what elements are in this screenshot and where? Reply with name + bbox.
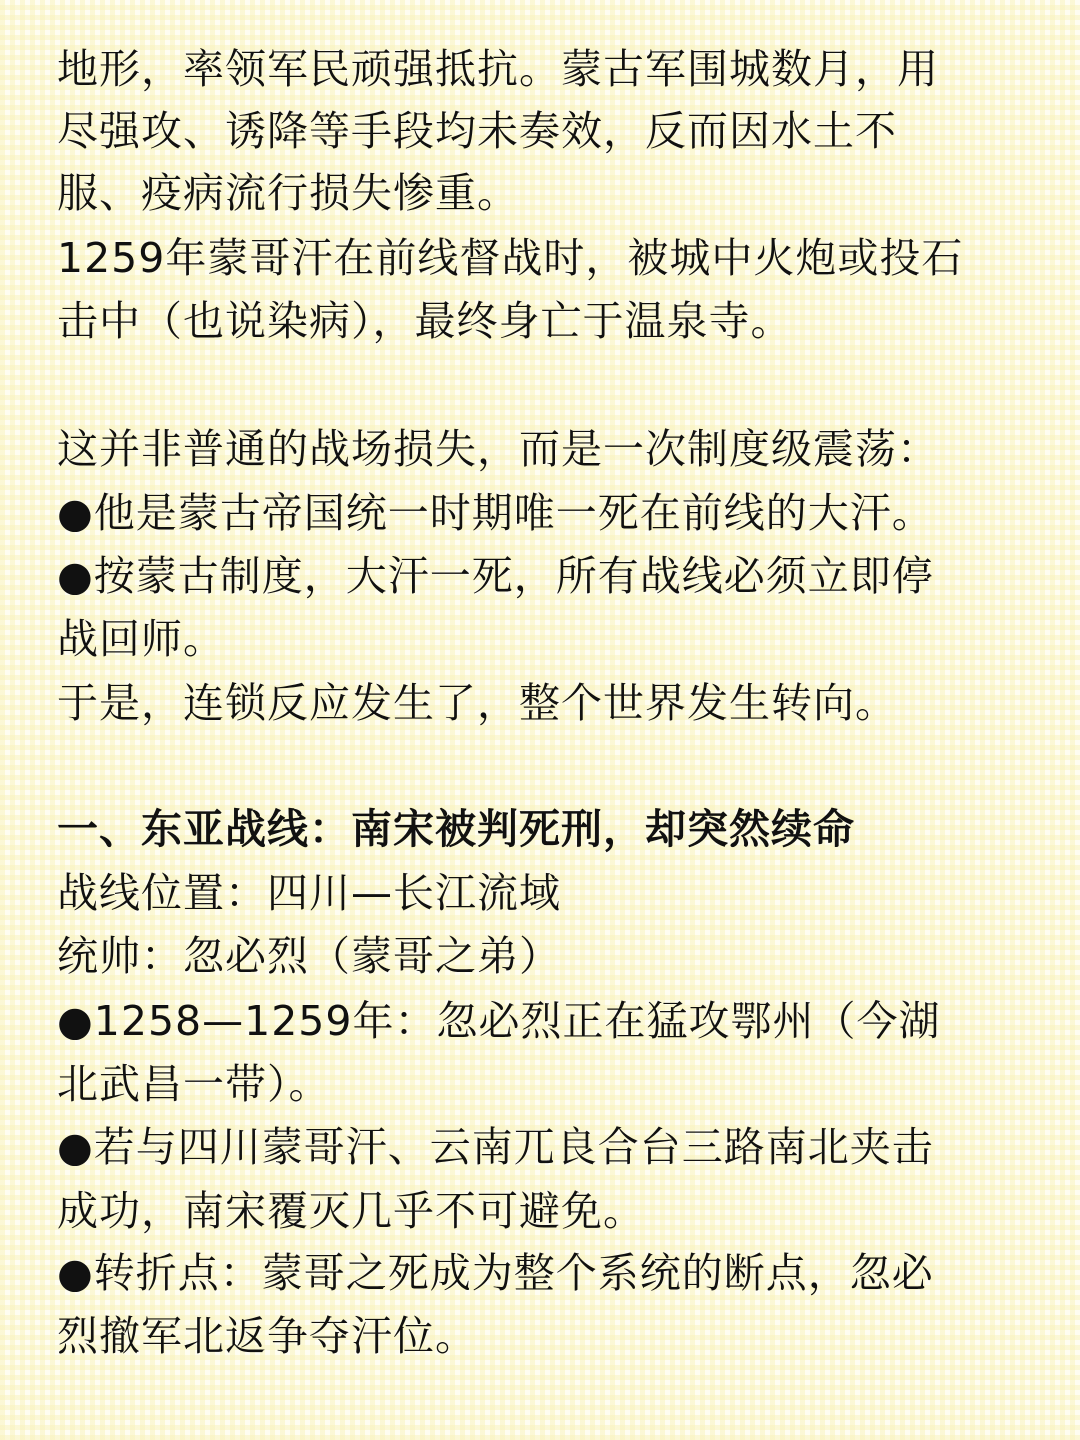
bullet-line-only-khan-died-at-front: ●他是蒙古帝国统一时期唯一死在前线的大汗。 (57, 488, 934, 538)
paragraph-line-chain-reaction: 于是，连锁反应发生了，整个世界发生转向。 (57, 678, 897, 728)
bullet-line-mongol-rule-withdraw: ●按蒙古制度，大汗一死，所有战线必须立即停 (57, 551, 934, 601)
paragraph-line-mongke-1259: 1259年蒙哥汗在前线督战时，被城中火炮或投石 (57, 233, 963, 283)
bullet-line-three-route-pincer-cont: 成功，南宋覆灭几乎不可避免。 (57, 1186, 645, 1236)
paragraph-line-siege-losses: 服、疫病流行损失惨重。 (57, 168, 519, 218)
bullet-line-three-route-pincer: ●若与四川蒙哥汗、云南兀良合台三路南北夹击 (57, 1122, 934, 1172)
section-heading-east-asia-front: 一、东亚战线：南宋被判死刑，却突然续命 (57, 804, 855, 854)
bullet-line-mongol-rule-withdraw-cont: 战回师。 (57, 614, 225, 664)
bullet-line-turning-point-cont: 烈撤军北返争夺汗位。 (57, 1311, 477, 1361)
field-line-commander: 统帅：忽必烈（蒙哥之弟） (57, 931, 561, 981)
paragraph-line-mongke-death: 击中（也说染病），最终身亡于温泉寺。 (57, 296, 793, 346)
field-line-front-location: 战线位置：四川—长江流域 (57, 868, 561, 918)
bullet-line-ezhou-siege: ●1258—1259年：忽必烈正在猛攻鄂州（今湖 (57, 996, 940, 1046)
paragraph-line-siege-tactics: 尽强攻、诱降等手段均未奏效，反而因水土不 (57, 106, 897, 156)
bullet-line-turning-point: ●转折点：蒙哥之死成为整个系统的断点，忽必 (57, 1248, 934, 1298)
paragraph-line-institutional-shock: 这并非普通的战场损失，而是一次制度级震荡： (57, 424, 939, 474)
paragraph-line-siege-terrain: 地形，率领军民顽强抵抗。蒙古军围城数月，用 (57, 44, 939, 94)
article-page: 地形，率领军民顽强抵抗。蒙古军围城数月，用 尽强攻、诱降等手段均未奏效，反而因水… (0, 0, 1080, 1440)
bullet-line-ezhou-siege-cont: 北武昌一带）。 (57, 1059, 331, 1109)
